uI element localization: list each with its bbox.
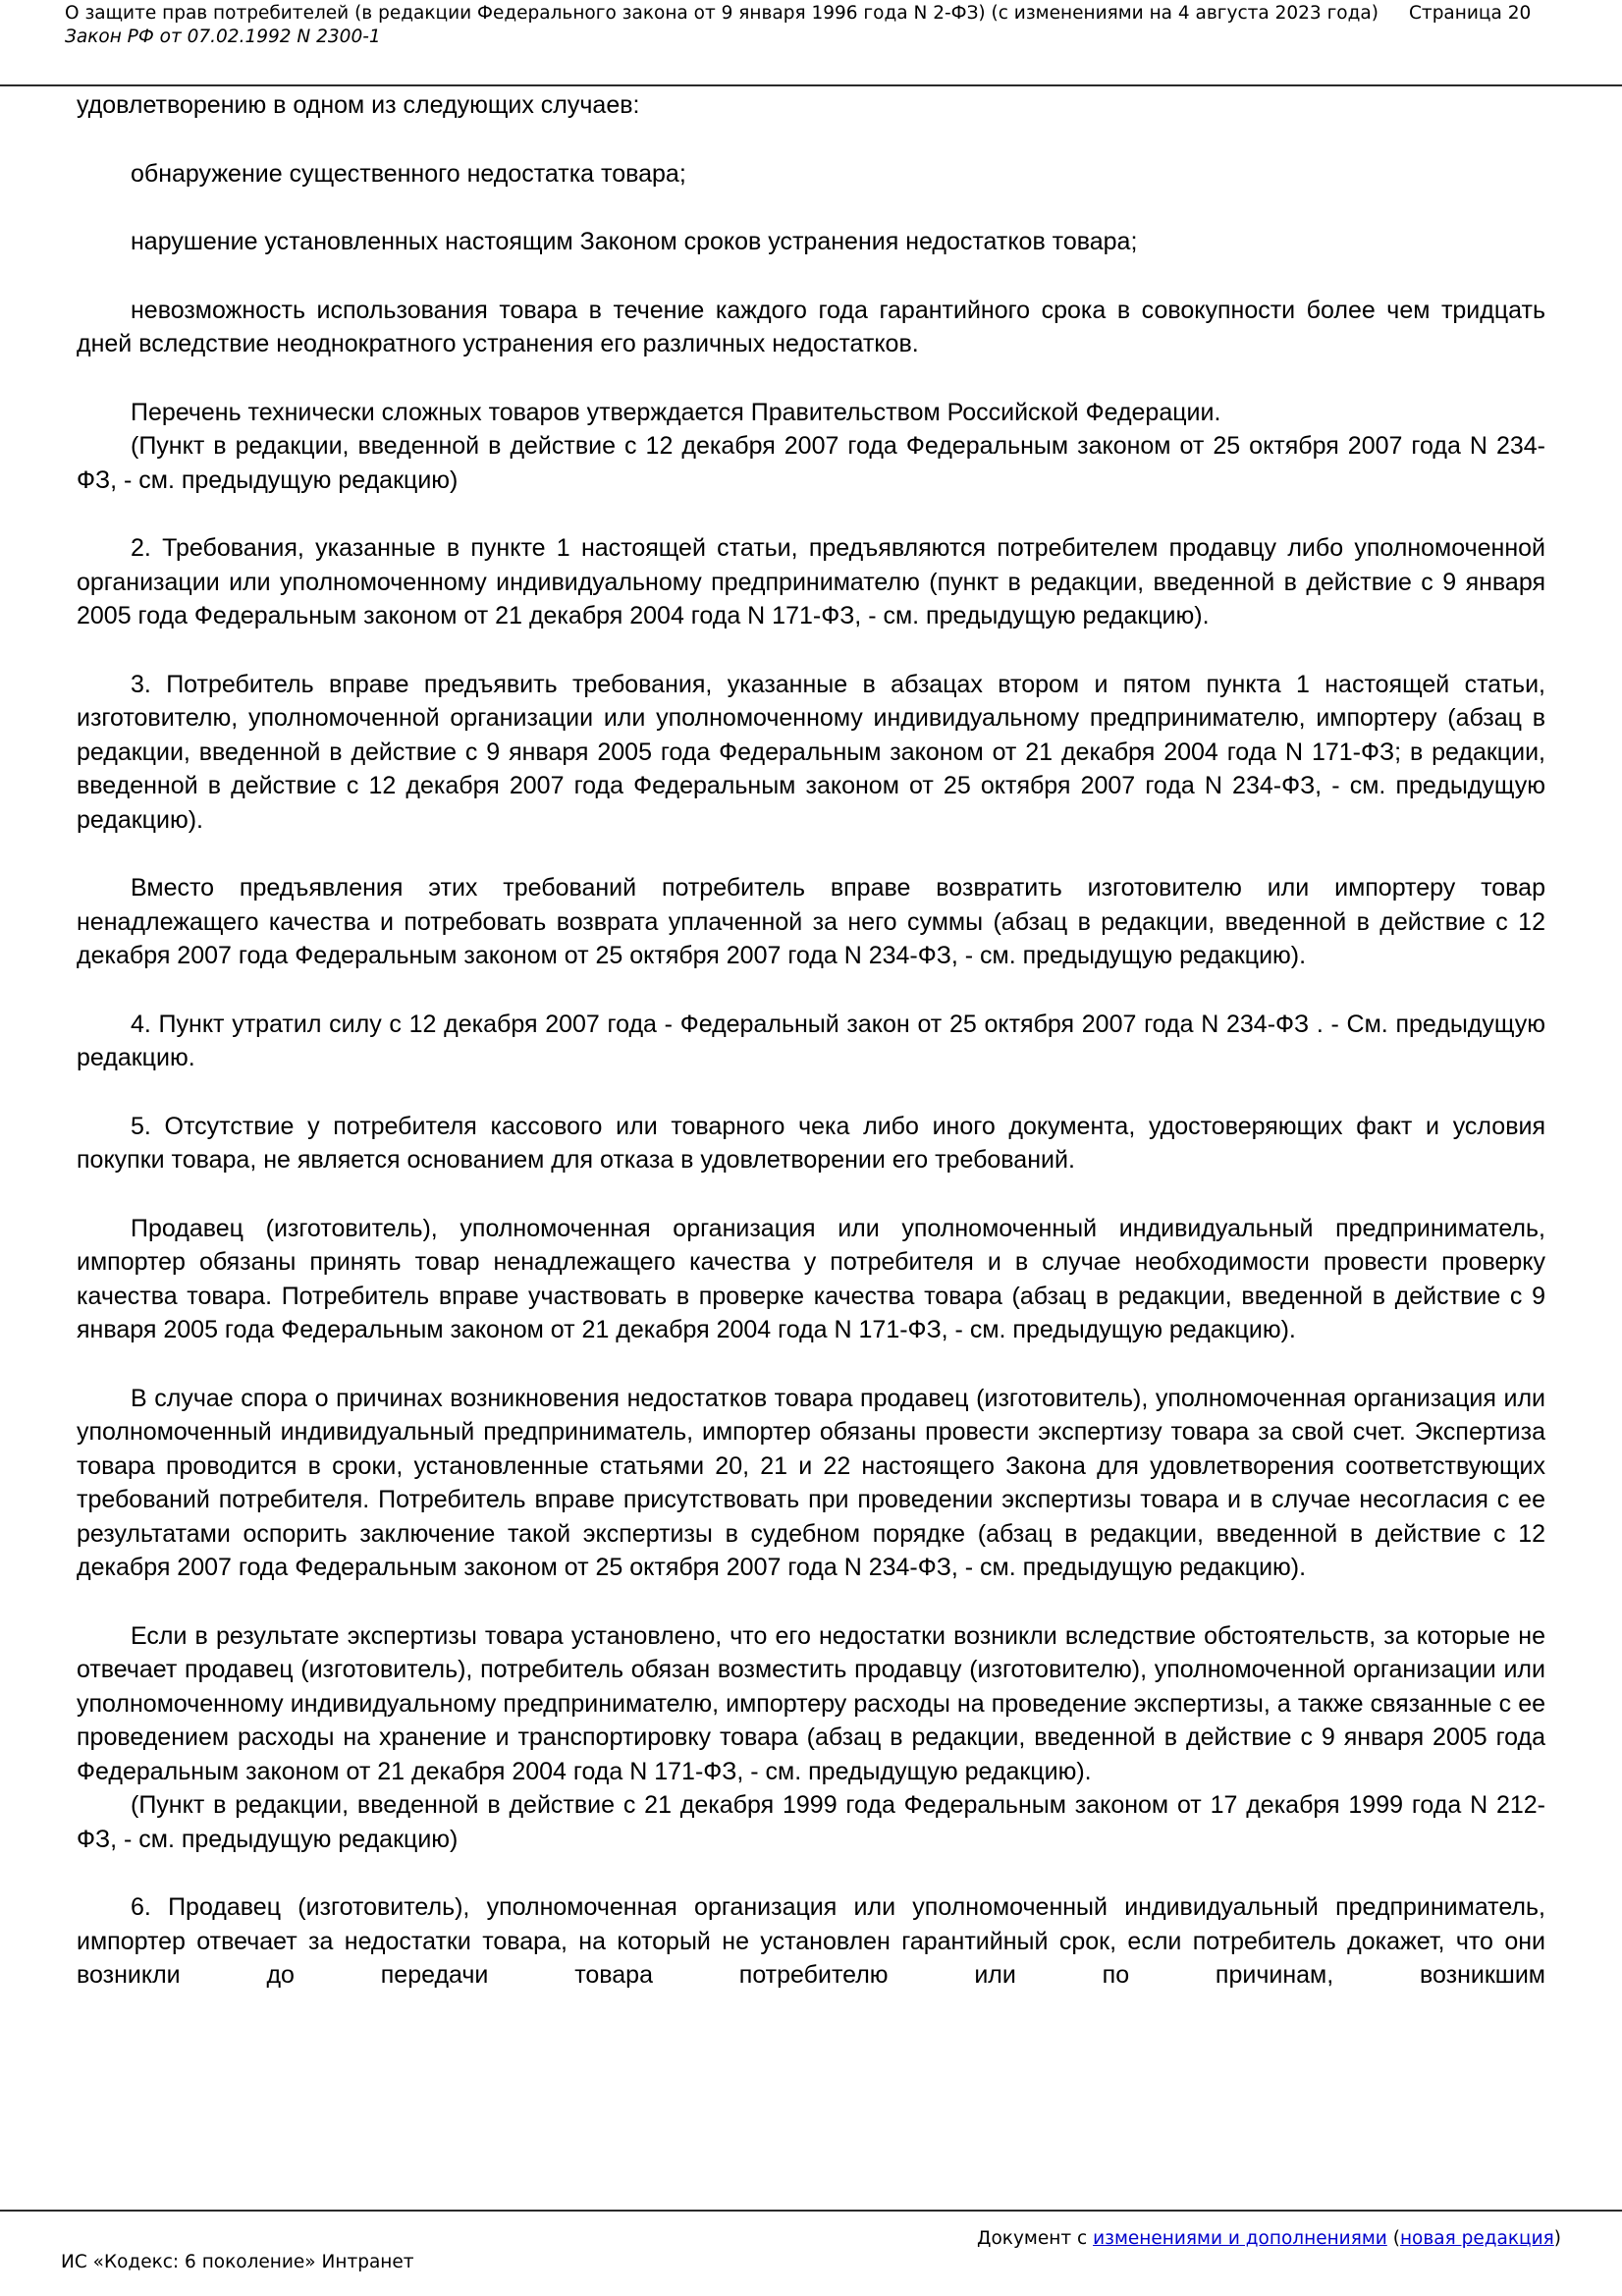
footer-document-links: Документ с изменениями и дополнениями (н…: [977, 2227, 1561, 2250]
paragraph: Если в результате экспертизы товара уста…: [77, 1619, 1545, 1789]
document-subtitle: Закон РФ от 07.02.1992 N 2300-1: [65, 26, 1380, 48]
paragraph: Продавец (изготовитель), уполномоченная …: [77, 1212, 1545, 1347]
paragraph: 4. Пункт утратил силу с 12 декабря 2007 …: [77, 1008, 1545, 1075]
paragraph: (Пункт в редакции, введенной в действие …: [77, 429, 1545, 497]
paragraph: невозможность использования товара в теч…: [77, 294, 1545, 361]
open-paren: (: [1387, 2228, 1400, 2249]
paragraph: удовлетворению в одном из следующих случ…: [77, 88, 1545, 123]
paragraph: 6. Продавец (изготовитель), уполномоченн…: [77, 1890, 1545, 1993]
header-divider: [0, 84, 1622, 86]
paragraph: 5. Отсутствие у потребителя кассового ил…: [77, 1110, 1545, 1177]
page-header: О защите прав потребителей (в редакции Ф…: [65, 0, 1380, 48]
new-edition-link[interactable]: новая редакция: [1400, 2228, 1554, 2249]
paragraph: обнаружение существенного недостатка тов…: [77, 157, 1545, 191]
paragraph: В случае спора о причинах возникновения …: [77, 1382, 1545, 1585]
changes-link[interactable]: изменениями и дополнениями: [1093, 2228, 1387, 2249]
paragraph: 2. Требования, указанные в пункте 1 наст…: [77, 531, 1545, 633]
paragraph: 3. Потребитель вправе предъявить требова…: [77, 668, 1545, 838]
document-body: удовлетворению в одном из следующих случ…: [77, 88, 1545, 1993]
paragraph: нарушение установленных настоящим Законо…: [77, 225, 1545, 259]
paragraph: Перечень технически сложных товаров утве…: [77, 396, 1545, 430]
paragraph: Вместо предъявления этих требований потр…: [77, 871, 1545, 973]
footer-doc-prefix: Документ с: [977, 2228, 1093, 2249]
paragraph: (Пункт в редакции, введенной в действие …: [77, 1788, 1545, 1856]
footer-brand: ИС «Кодекс: 6 поколение» Интранет: [61, 2251, 414, 2273]
document-title: О защите прав потребителей (в редакции Ф…: [65, 2, 1380, 25]
footer-divider: [0, 2210, 1622, 2212]
page-number: Страница 20: [1409, 2, 1531, 25]
close-paren: ): [1554, 2228, 1561, 2249]
